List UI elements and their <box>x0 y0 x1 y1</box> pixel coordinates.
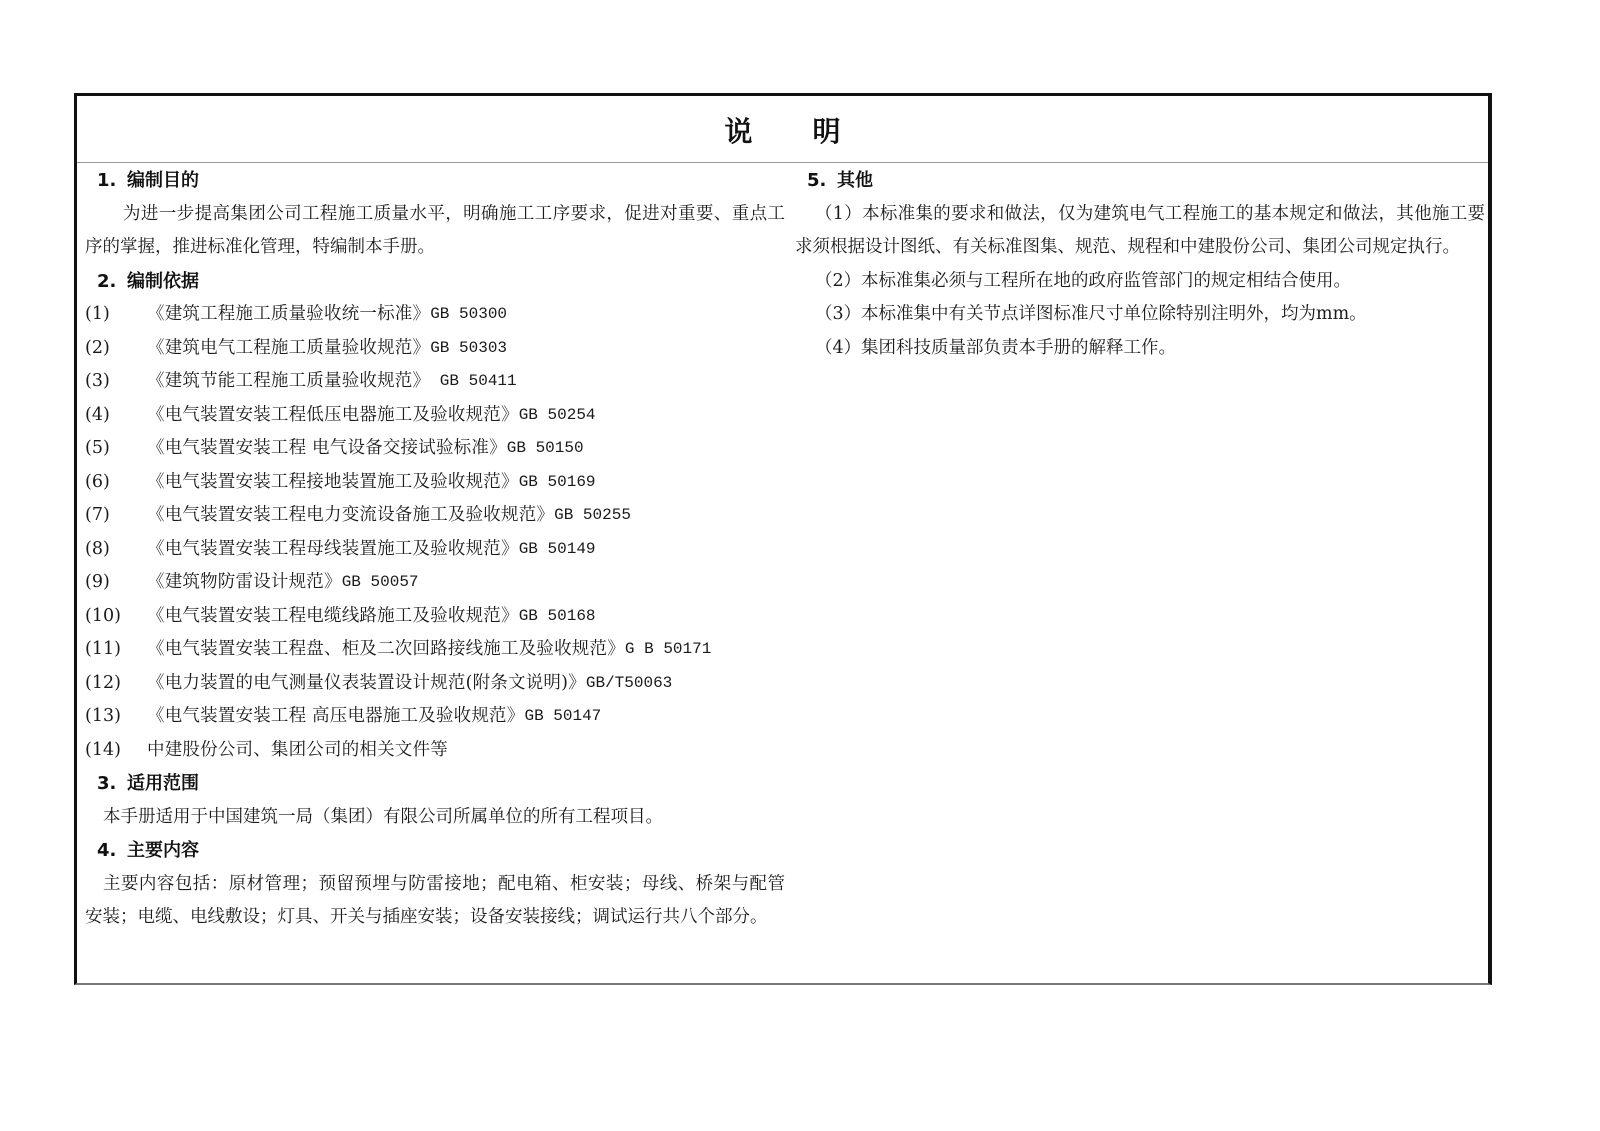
reference-title: 中建股份公司、集团公司的相关文件等 <box>147 734 448 768</box>
reference-index: (12) <box>85 667 147 701</box>
reference-index: (11) <box>85 633 147 667</box>
reference-code: GB 50300 <box>430 298 507 332</box>
section-title: 编制目的 <box>127 170 199 191</box>
section-title: 其他 <box>837 170 873 191</box>
section-title: 主要内容 <box>127 840 199 861</box>
section-number: 2. <box>97 265 127 299</box>
reference-title: 《电气装置安装工程母线装置施工及验收规范》 <box>147 533 519 567</box>
other-item: （4）集团科技质量部负责本手册的解释工作。 <box>795 332 1485 366</box>
section-title: 适用范围 <box>127 773 199 794</box>
reference-item: (13) 《电气装置安装工程 高压电器施工及验收规范》 GB 50147 <box>85 700 785 734</box>
reference-index: (2) <box>85 332 147 366</box>
reference-index: (6) <box>85 466 147 500</box>
reference-title: 《电气装置安装工程电缆线路施工及验收规范》 <box>147 600 519 634</box>
other-item-text: 集团科技质量部负责本手册的解释工作。 <box>861 338 1176 358</box>
section-number: 1. <box>97 164 127 198</box>
reference-title: 《电气装置安装工程盘、柜及二次回路接线施工及验收规范》 <box>147 633 625 667</box>
section-number: 4. <box>97 834 127 868</box>
other-item: （3）本标准集中有关节点详图标准尺寸单位除特别注明外，均为mm。 <box>795 298 1485 332</box>
reference-code: GB 50057 <box>342 566 419 600</box>
reference-index: (13) <box>85 700 147 734</box>
section-heading-scope: 3.适用范围 <box>85 767 785 801</box>
reference-title: 《建筑工程施工质量验收统一标准》 <box>147 298 430 332</box>
reference-title: 《建筑物防雷设计规范》 <box>147 566 342 600</box>
reference-index: (8) <box>85 533 147 567</box>
other-item-index: （3） <box>815 298 861 332</box>
reference-index: (1) <box>85 298 147 332</box>
reference-index: (5) <box>85 432 147 466</box>
reference-item: (1) 《建筑工程施工质量验收统一标准》 GB 50300 <box>85 298 785 332</box>
right-column: 5.其他 （1）本标准集的要求和做法，仅为建筑电气工程施工的基本规定和做法，其他… <box>795 164 1485 365</box>
section-body-scope: 本手册适用于中国建筑一局（集团）有限公司所属单位的所有工程项目。 <box>85 801 785 835</box>
reference-item: (11) 《电气装置安装工程盘、柜及二次回路接线施工及验收规范》 G B 501… <box>85 633 785 667</box>
reference-title: 《电气装置安装工程 电气设备交接试验标准》 <box>147 432 507 466</box>
reference-code: GB 50147 <box>524 700 601 734</box>
reference-code: G B 50171 <box>625 633 711 667</box>
section-number: 3. <box>97 767 127 801</box>
section-heading-basis: 2.编制依据 <box>85 265 785 299</box>
document-frame: 说明 1.编制目的 为进一步提高集团公司工程施工质量水平，明确施工工序要求，促进… <box>74 93 1492 985</box>
reference-title: 《电气装置安装工程 高压电器施工及验收规范》 <box>147 700 524 734</box>
other-item-text: 本标准集的要求和做法，仅为建筑电气工程施工的基本规定和做法，其他施工要求须根据设… <box>795 204 1485 258</box>
reference-item: (14) 中建股份公司、集团公司的相关文件等 <box>85 734 785 768</box>
reference-code: GB 50149 <box>519 533 596 567</box>
other-item-text: 本标准集中有关节点详图标准尺寸单位除特别注明外，均为mm。 <box>861 304 1367 324</box>
reference-item: (6) 《电气装置安装工程接地装置施工及验收规范》 GB 50169 <box>85 466 785 500</box>
other-item-index: （1） <box>815 204 862 224</box>
reference-code: GB 50150 <box>507 432 584 466</box>
section-heading-content: 4.主要内容 <box>85 834 785 868</box>
reference-item: (12) 《电力装置的电气测量仪表装置设计规范(附条文说明)》 GB/T5006… <box>85 667 785 701</box>
reference-item: (9) 《建筑物防雷设计规范》 GB 50057 <box>85 566 785 600</box>
reference-code: GB 50411 <box>430 365 516 399</box>
reference-item: (5) 《电气装置安装工程 电气设备交接试验标准》 GB 50150 <box>85 432 785 466</box>
reference-index: (4) <box>85 399 147 433</box>
reference-index: (7) <box>85 499 147 533</box>
section-heading-other: 5.其他 <box>795 164 1485 198</box>
other-item-text: 本标准集必须与工程所在地的政府监管部门的规定相结合使用。 <box>861 271 1351 291</box>
reference-item: (8) 《电气装置安装工程母线装置施工及验收规范》 GB 50149 <box>85 533 785 567</box>
reference-item: (10) 《电气装置安装工程电缆线路施工及验收规范》 GB 50168 <box>85 600 785 634</box>
other-item-index: （4） <box>815 332 861 366</box>
section-body-content: 主要内容包括：原材管理；预留预埋与防雷接地；配电箱、柜安装；母线、桥架与配管安装… <box>85 868 785 935</box>
reference-title: 《建筑电气工程施工质量验收规范》 <box>147 332 430 366</box>
section-title: 编制依据 <box>127 271 199 292</box>
other-item: （2）本标准集必须与工程所在地的政府监管部门的规定相结合使用。 <box>795 265 1485 299</box>
other-item: （1）本标准集的要求和做法，仅为建筑电气工程施工的基本规定和做法，其他施工要求须… <box>795 198 1485 265</box>
reference-title: 《电力装置的电气测量仪表装置设计规范(附条文说明)》 <box>147 667 586 701</box>
reference-index: (9) <box>85 566 147 600</box>
reference-index: (3) <box>85 365 147 399</box>
reference-title: 《电气装置安装工程接地装置施工及验收规范》 <box>147 466 519 500</box>
reference-item: (7) 《电气装置安装工程电力变流设备施工及验收规范》 GB 50255 <box>85 499 785 533</box>
reference-item: (4) 《电气装置安装工程低压电器施工及验收规范》 GB 50254 <box>85 399 785 433</box>
reference-code: GB 50254 <box>519 399 596 433</box>
reference-item: (3) 《建筑节能工程施工质量验收规范》 GB 50411 <box>85 365 785 399</box>
reference-title: 《电气装置安装工程电力变流设备施工及验收规范》 <box>147 499 554 533</box>
reference-code: GB/T50063 <box>586 667 672 701</box>
reference-index: (14) <box>85 734 147 768</box>
reference-item: (2) 《建筑电气工程施工质量验收规范》 GB 50303 <box>85 332 785 366</box>
reference-code: GB 50303 <box>430 332 507 366</box>
section-heading-purpose: 1.编制目的 <box>85 164 785 198</box>
reference-title: 《建筑节能工程施工质量验收规范》 <box>147 365 430 399</box>
title-row: 说明 <box>77 96 1488 163</box>
reference-code: GB 50168 <box>519 600 596 634</box>
reference-list: (1) 《建筑工程施工质量验收统一标准》 GB 50300 (2) 《建筑电气工… <box>85 298 785 767</box>
section-number: 5. <box>807 164 837 198</box>
page-title: 说明 <box>77 110 1488 150</box>
section-body-purpose: 为进一步提高集团公司工程施工质量水平，明确施工工序要求，促进对重要、重点工序的掌… <box>85 198 785 265</box>
reference-index: (10) <box>85 600 147 634</box>
reference-code: GB 50255 <box>554 499 631 533</box>
left-column: 1.编制目的 为进一步提高集团公司工程施工质量水平，明确施工工序要求，促进对重要… <box>85 164 785 935</box>
other-item-index: （2） <box>815 265 861 299</box>
reference-title: 《电气装置安装工程低压电器施工及验收规范》 <box>147 399 519 433</box>
reference-code: GB 50169 <box>519 466 596 500</box>
